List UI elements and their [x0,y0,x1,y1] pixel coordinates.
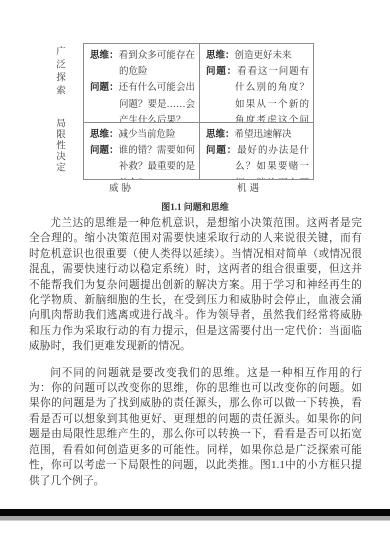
thinking-text: 创造更好未来 [235,51,292,61]
paragraph-2: 问不同的问题就是要改变我们的思维。这是一种相互作用的行为：你的问题可以改变你的思… [29,366,362,489]
question-text: 最好的办法是什么？如果要赌一把，赌注下在哪里？ [235,146,309,179]
cell-explore-threat: 思维：看到众多可能存在的危险 问题：还有什么可能会出问题？要是……会产生什么后果… [84,44,200,123]
paragraph-1: 尤兰达的思维是一种危机意识，是想缩小决策范围。这两者是完全合理的。缩小决策范围对… [29,216,362,355]
thinking-entry: 思维：减少当前危险 [90,127,195,143]
thinking-label: 思维： [90,51,119,61]
column-label-opportunity: 机遇 [237,180,262,194]
row-label-broad-explore: 广泛探索 [52,46,66,98]
bottom-scan-divider [0,509,390,521]
cell-limit-threat: 思维：减少当前危险 问题：谁的错？需要如何补救？最重要的是什么？ [84,123,200,179]
thinking-entry: 思维：创造更好未来 [206,48,309,64]
question-text: 谁的错？需要如何补救？最重要的是什么？ [119,146,195,179]
question-label: 问题： [90,83,119,93]
question-text: 看看这一问题有什么别的角度？如果从一个新的角度考虑这个问题会怎样？ [235,67,309,123]
row-label-limited-decision: 局限性决定 [52,118,66,173]
body-text-block: 尤兰达的思维是一种危机意识，是想缩小决策范围。这两者是完全合理的。缩小决策范围对… [29,216,362,489]
divider-bar-black [0,509,390,516]
question-entry: 问题：谁的错？需要如何补救？最重要的是什么？ [90,143,195,179]
thinking-label: 思维： [90,130,119,140]
thinking-text: 希望迅速解决 [235,130,292,140]
thinking-label: 思维： [206,51,235,61]
question-label: 问题： [206,146,237,156]
question-label: 问题： [206,67,237,77]
thinking-text: 减少当前危险 [119,130,176,140]
figure-1-1-table: 思维：看到众多可能存在的危险 问题：还有什么可能会出问题？要是……会产生什么后果… [83,43,314,180]
question-entry: 问题：看看这一问题有什么别的角度？如果从一个新的角度考虑这个问题会怎样？ [206,64,309,123]
thinking-text: 看到众多可能存在的危险 [119,51,195,77]
question-label: 问题： [90,146,119,156]
thinking-entry: 思维：希望迅速解决 [206,127,309,143]
column-label-threat: 威胁 [109,180,134,194]
question-text: 还有什么可能会出问题？要是……会产生什么后果？ [119,83,195,123]
scanned-book-page: 广泛探索 局限性决定 思维：看到众多可能存在的危险 问题：还有什么可能会出问题？… [0,0,390,546]
thinking-label: 思维： [206,130,235,140]
question-entry: 问题：还有什么可能会出问题？要是……会产生什么后果？ [90,80,195,123]
cell-limit-opportunity: 思维：希望迅速解决 问题：最好的办法是什么？如果要赌一把，赌注下在哪里？ [200,123,313,179]
cell-explore-opportunity: 思维：创造更好未来 问题：看看这一问题有什么别的角度？如果从一个新的角度考虑这个… [200,44,313,123]
figure-caption: 图1.1 问题和思维 [0,200,390,213]
divider-bar-gray [0,516,390,521]
thinking-entry: 思维：看到众多可能存在的危险 [90,48,195,80]
question-entry: 问题：最好的办法是什么？如果要赌一把，赌注下在哪里？ [206,143,309,179]
